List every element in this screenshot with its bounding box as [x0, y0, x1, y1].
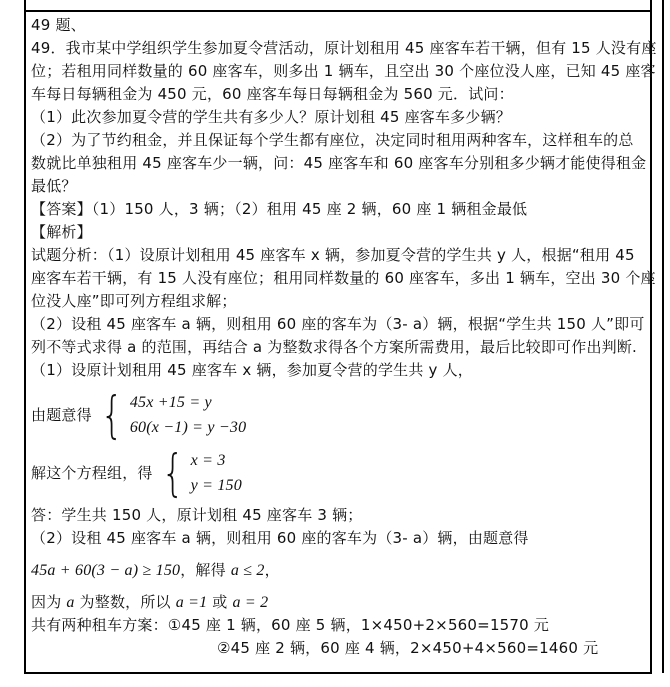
equation: 60(x −1) = y −30 — [130, 415, 246, 440]
inequality-expression: 45a + 60(3 − a) ≥ 150 — [31, 562, 180, 579]
text: 或 — [207, 593, 232, 611]
answer-line: 【答案】（1）150 人，3 辆；（2）租用 45 座 2 辆，60 座 1 辆… — [31, 198, 646, 221]
text: 因为 — [31, 593, 66, 611]
problem-line: 位；若租用同样数量的 60 座客车，则多出 1 辆车，且空出 30 个座位没人座… — [31, 60, 646, 83]
inequality-result: a ≤ 2 — [231, 562, 265, 579]
left-brace: { — [101, 390, 123, 440]
text: 为整数，所以 — [75, 593, 176, 611]
part1-conclusion: 答：学生共 150 人，原计划租 45 座客车 3 辆； — [31, 504, 646, 527]
analysis-line: 列不等式求得 a 的范围，再结合 a 为整数求得各个方案所需费用，最后比较即可作… — [31, 336, 646, 359]
inequality-text: ， — [265, 561, 280, 579]
document-body: 49 题、 49．我市某中学组织学生参加夏令营活动，原计划租用 45 座客车若干… — [26, 12, 650, 660]
page-border-bottom — [24, 672, 652, 674]
problem-line: 最低？ — [31, 175, 646, 198]
a-equals-2: a = 2 — [232, 594, 268, 611]
equation-system-2: 解这个方程组，得 { x = 3 y = 150 — [31, 448, 646, 498]
part2-setup: （2）设租 45 座客车 a 辆，则租用 60 座的客车为（3- a）辆，由题意… — [31, 527, 646, 550]
equation-prefix: 由题意得 — [31, 404, 92, 427]
integer-constraint-line: 因为 a 为整数，所以 a =1 或 a = 2 — [31, 591, 646, 614]
equation-prefix: 解这个方程组，得 — [31, 462, 153, 485]
equation: y = 150 — [191, 473, 242, 498]
problem-line: 数就比单独租用 45 座客车少一辆，问：45 座客车和 60 座客车分别租多少辆… — [31, 152, 646, 175]
variable-a: a — [66, 594, 74, 611]
analysis-line: （2）设租 45 座客车 a 辆，则租用 60 座的客车为（3- a）辆，根据“… — [31, 313, 646, 336]
problem-part1-question: （1）此次参加夏令营的学生共有多少人？原计划租 45 座客车多少辆？ — [31, 106, 646, 129]
solution-part1-setup: （1）设原计划租用 45 座客车 x 辆，参加夏令营的学生共 y 人， — [31, 359, 646, 382]
left-brace: { — [161, 448, 183, 498]
equation: 45x +15 = y — [130, 390, 246, 415]
inequality-text: ，解得 — [180, 561, 231, 579]
problem-line: 车每日每辆租金为 450 元，60 座客车每日每辆租金为 560 元．试问： — [31, 83, 646, 106]
page-border-right — [650, 0, 652, 673]
analysis-line: 位没人座”即可列方程组求解； — [31, 290, 646, 313]
problem-part2-question: （2）为了节约租金，并且保证每个学生都有座位，决定同时租用两种客车，这样租车的总 — [31, 129, 646, 152]
analysis-line: 试题分析：（1）设原计划租用 45 座客车 x 辆，参加夏令营的学生共 y 人，… — [31, 244, 646, 267]
analysis-label: 【解析】 — [31, 221, 646, 244]
inequality-line: 45a + 60(3 − a) ≥ 150，解得 a ≤ 2， — [31, 559, 646, 582]
analysis-line: 座客车若干辆，有 15 人没有座位；租用同样数量的 60 座客车，多出 1 辆车… — [31, 267, 646, 290]
equation: x = 3 — [191, 448, 242, 473]
page-outer-border-right — [662, 0, 664, 673]
a-equals-1: a =1 — [176, 594, 208, 611]
question-number-heading: 49 题、 — [31, 14, 646, 37]
problem-line: 49．我市某中学组织学生参加夏令营活动，原计划租用 45 座客车若干辆，但有 1… — [31, 37, 646, 60]
equation-system-1: 由题意得 { 45x +15 = y 60(x −1) = y −30 — [31, 390, 646, 440]
rental-plan-1: 共有两种租车方案：①45 座 1 辆，60 座 5 辆，1×450+2×560=… — [31, 614, 646, 637]
rental-plan-2: ②45 座 2 辆，60 座 4 辆，2×450+4×560=1460 元 — [31, 637, 646, 660]
